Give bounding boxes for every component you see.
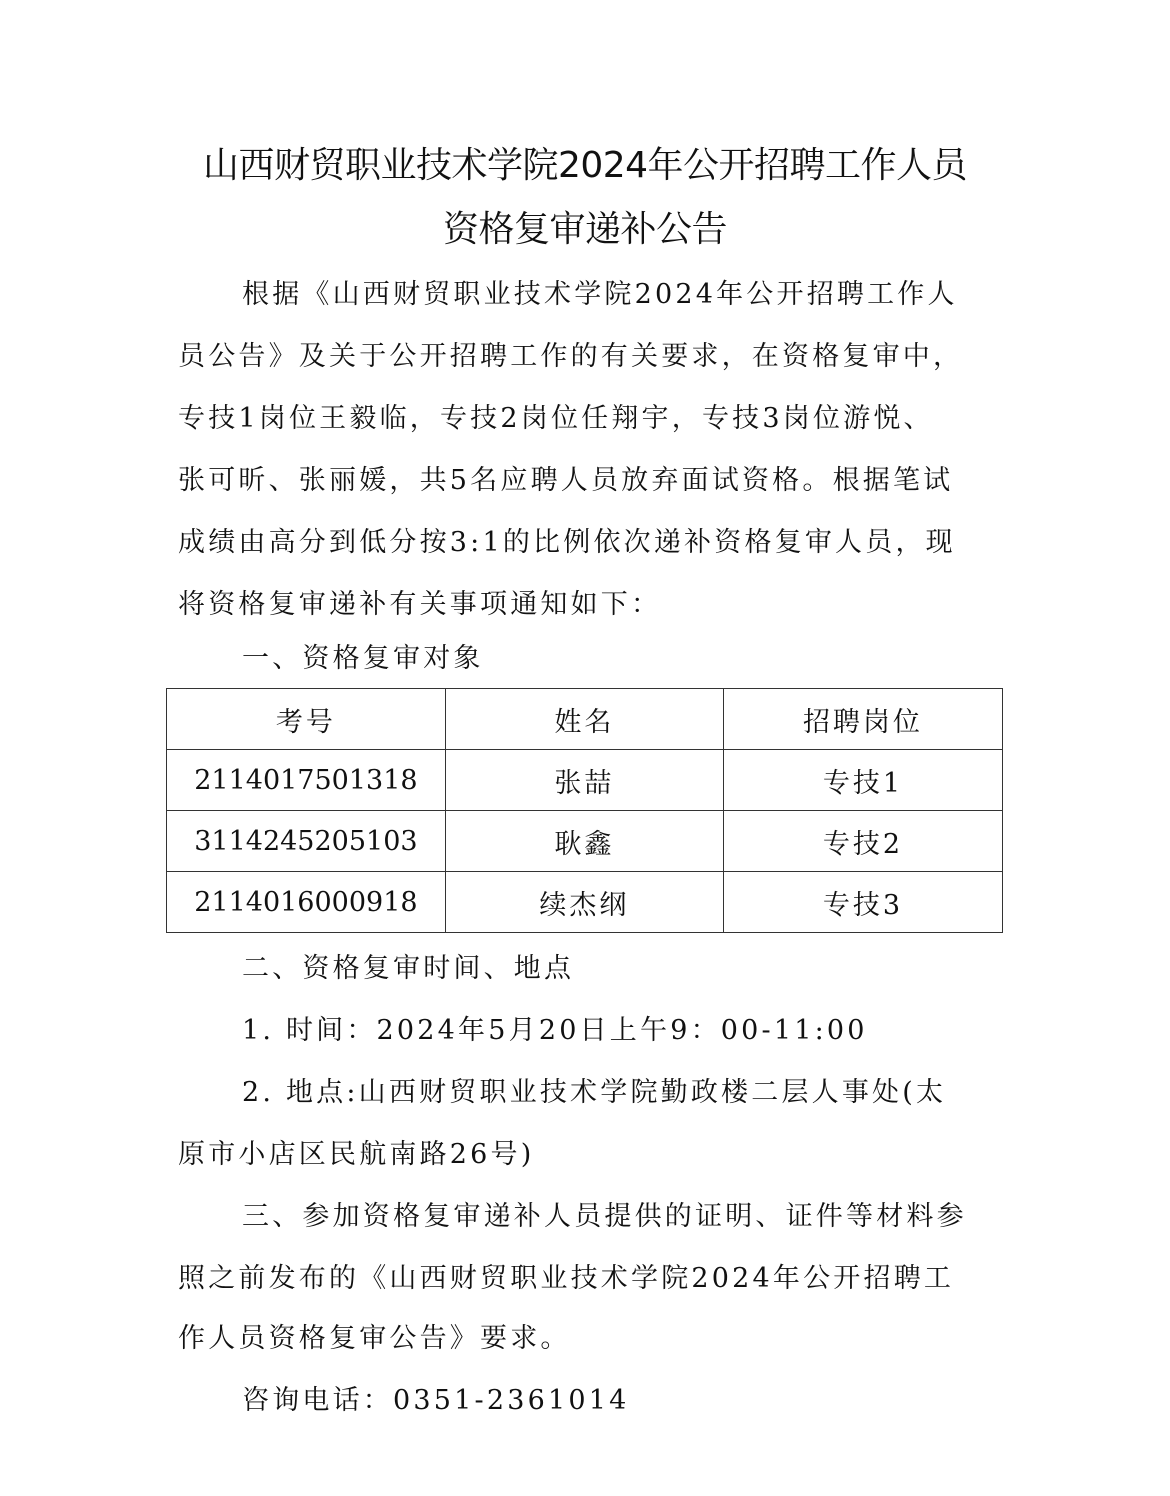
intro-paragraph-line: 成绩由高分到低分按3:1的比例依次递补资格复审人员，现 [178,526,998,560]
table-header-row: 考号 姓名 招聘岗位 [167,689,1003,750]
position-cell: 专技1 [723,750,1002,811]
contact-phone: 咨询电话：0351-2361014 [242,1384,1062,1418]
section-1-heading: 一、资格复审对象 [242,642,1062,676]
exam-number-cell: 2114017501318 [167,750,446,811]
table-row: 2114017501318 张喆 专技1 [167,750,1003,811]
column-header-name: 姓名 [445,689,723,750]
intro-paragraph-line: 专技1岗位王毅临，专技2岗位任翔宇，专技3岗位游悦、 [178,402,998,436]
section-3-line: 照之前发布的《山西财贸职业技术学院2024年公开招聘工 [178,1262,998,1296]
exam-number-cell: 2114016000918 [167,872,446,933]
section-3-line: 作人员资格复审公告》要求。 [178,1322,998,1356]
document-title-line-1: 山西财贸职业技术学院2024年公开招聘工作人员 [0,146,1170,186]
position-cell: 专技3 [723,872,1002,933]
intro-paragraph-line: 将资格复审递补有关事项通知如下： [178,588,998,622]
exam-number-cell: 3114245205103 [167,811,446,872]
section-2-heading: 二、资格复审时间、地点 [242,952,1062,986]
name-cell: 耿鑫 [445,811,723,872]
column-header-exam-number: 考号 [167,689,446,750]
column-header-position: 招聘岗位 [723,689,1002,750]
document-title-line-2: 资格复审递补公告 [0,210,1170,250]
location-address-continued: 原市小店区民航南路26号) [178,1138,998,1172]
name-cell: 张喆 [445,750,723,811]
intro-paragraph-line: 张可昕、张丽媛，共5名应聘人员放弃面试资格。根据笔试 [178,464,998,498]
time-item: 1. 时间：2024年5月20日上午9：00-11:00 [242,1014,1062,1048]
location-item: 2. 地点:山西财贸职业技术学院勤政楼二层人事处(太 [242,1076,1062,1110]
candidate-table: 考号 姓名 招聘岗位 2114017501318 张喆 专技1 31142452… [166,688,1003,933]
table-row: 3114245205103 耿鑫 专技2 [167,811,1003,872]
table-row: 2114016000918 续杰纲 专技3 [167,872,1003,933]
position-cell: 专技2 [723,811,1002,872]
intro-paragraph-line: 根据《山西财贸职业技术学院2024年公开招聘工作人 [242,278,1062,312]
section-3-line: 三、参加资格复审递补人员提供的证明、证件等材料参 [242,1200,1062,1234]
intro-paragraph-line: 员公告》及关于公开招聘工作的有关要求，在资格复审中， [178,340,998,374]
name-cell: 续杰纲 [445,872,723,933]
